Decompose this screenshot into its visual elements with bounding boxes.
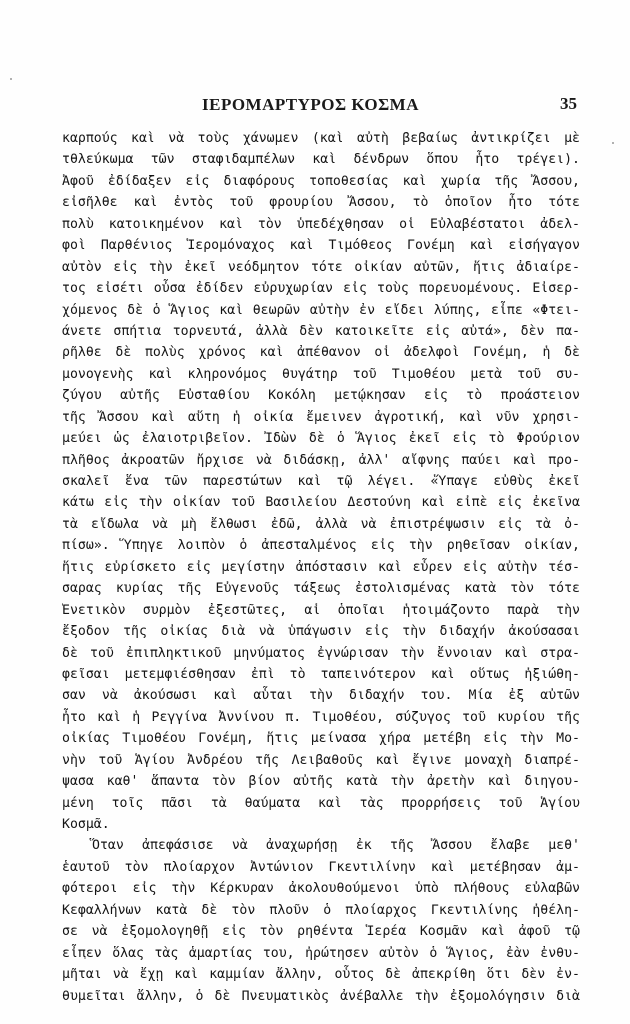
text-line: πολὺ κατοικημένον καὶ τὸν ὑπεδέχθησαν οἱ… bbox=[62, 214, 580, 235]
text-line: ἦτο καὶ ἡ Ρεγγίνα Ἀννίνου π. Τιμοθέου, σ… bbox=[62, 707, 580, 728]
text-line: τθλεύκωμα τῶν σταφιδαμπέλων καὶ δένδρων … bbox=[62, 149, 580, 170]
text-line: άνετε σπήτια τορνευτά, ἀλλὰ δὲν κατοικεῖ… bbox=[62, 321, 580, 342]
text-line: μεύει ὡς ἐλαιοτριβεῖον. Ἰδὼν δὲ ὁ Ἅγιος … bbox=[62, 428, 580, 449]
text-line: θυμεῖται ἄλλην, ὁ δὲ Πνευματικὸς ἀνέβαλλ… bbox=[62, 986, 580, 1007]
text-line: οἰκίας Τιμοθέου Γονέμη, ἥτις μείνασα χήρ… bbox=[62, 728, 580, 749]
text-line: τος εἰσέτι οὖσα ἐδίδεν εὐρυχωρίαν εἰς το… bbox=[62, 278, 580, 299]
text-line: σαρας κυρίας τῆς Εὐγενοῦς τάξεως ἐστολισ… bbox=[62, 578, 580, 599]
text-line: ἔξοδον τῆς οἰκίας διὰ νὰ ὑπάγωσιν εἰς τὴ… bbox=[62, 621, 580, 642]
text-line: ἥτις εὑρίσκετο εἰς μεγίστην ἀπόστασιν κα… bbox=[62, 557, 580, 578]
text-line: σε νὰ ἐξομολογηθῇ εἰς τὸν ρηθέντα Ἱερέα … bbox=[62, 921, 580, 942]
text-line: φοὶ Παρθένιος Ἱερομόναχος καὶ Τιμόθεος Γ… bbox=[62, 235, 580, 256]
text-line: μῆται νὰ ἔχῃ καὶ καμμίαν ἄλλην, οὗτος δὲ… bbox=[62, 964, 580, 985]
text-line: ζύγου αὐτῆς Εὐσταθίου Κοκόλη μετῴκησαν ε… bbox=[62, 385, 580, 406]
scan-speck bbox=[84, 957, 86, 959]
text-line: Ἀφοῦ ἐδίδαξεν εἰς διαφόρους τοποθεσίας κ… bbox=[62, 171, 580, 192]
text-line: πλῆθος ἀκροατῶν ἤρχισε νὰ διδάσκῃ, ἀλλ' … bbox=[62, 450, 580, 471]
text-line: ἑαυτοῦ τὸν πλοίαρχον Ἀντώνιον Γκεντιλίνη… bbox=[62, 857, 580, 878]
text-line: δὲ τοῦ ἐπιπληκτικοῦ μηνύματος ἐγνώρισαν … bbox=[62, 643, 580, 664]
page-number: 35 bbox=[560, 94, 577, 114]
running-title: ΙΕΡΟΜΑΡΤΥΡΟΣ ΚΟΣΜΑ bbox=[202, 95, 419, 115]
text-line: αὐτὸν εἰς τὴν ἐκεῖ νεόδμητον τότε οἰκίαν… bbox=[62, 257, 580, 278]
text-line: μονογενὴς καὶ κληρονόμος θυγάτηρ τοῦ Τιμ… bbox=[62, 364, 580, 385]
text-line: καρπούς καὶ νὰ τοὺς χάνωμεν (καὶ αὐτὴ βε… bbox=[62, 128, 580, 149]
paragraph-1: καρπούς καὶ νὰ τοὺς χάνωμεν (καὶ αὐτὴ βε… bbox=[62, 128, 580, 835]
text-line: εἶπεν ὅλας τὰς ἁμαρτίας του, ἠρώτησεν αὐ… bbox=[62, 943, 580, 964]
text-line: ρῆλθε δὲ πολὺς χρόνος καὶ ἀπέθανον οἱ ἀδ… bbox=[62, 342, 580, 363]
scan-speck bbox=[612, 142, 614, 144]
running-head: ΙΕΡΟΜΑΡΤΥΡΟΣ ΚΟΣΜΑ 35 bbox=[62, 95, 580, 119]
text-line: χόμενος δὲ ὁ Ἅγιος καὶ θεωρῶν αὐτὴν ἐν ε… bbox=[62, 300, 580, 321]
text-line: Κεφαλλήνων κατὰ δὲ τὸν πλοῦν ὁ πλοίαρχος… bbox=[62, 900, 580, 921]
text-line: φότεροι εἰς τὴν Κέρκυραν ἀκολουθούμενοι … bbox=[62, 878, 580, 899]
book-page: ΙΕΡΟΜΑΡΤΥΡΟΣ ΚΟΣΜΑ 35 καρπούς καὶ νὰ τοὺ… bbox=[0, 0, 630, 1024]
text-line: Κοσμᾶ. bbox=[62, 814, 580, 835]
text-line: κάτω εἰς τὴν οἰκίαν τοῦ Βασιλείου Δεστού… bbox=[62, 492, 580, 513]
scan-speck bbox=[10, 78, 12, 80]
text-line: Ὅταν ἀπεφάσισε νὰ ἀναχωρήσῃ ἐκ τῆς Ἄσσου… bbox=[62, 835, 580, 856]
text-line: μένη τοῖς πᾶσι τὰ θαύματα καὶ τὰς προρρή… bbox=[62, 793, 580, 814]
text-line: τῆς Ἄσσου καὶ αὕτη ἡ οἰκία ἔμεινεν ἀγροτ… bbox=[62, 407, 580, 428]
text-line: Ἐνετικὸν συρμὸν ἐξεστῶτες, αἱ ὁποῖαι ἡτο… bbox=[62, 600, 580, 621]
text-line: σκαλεῖ ἕνα τῶν παρεστώτων καὶ τῷ λέγει. … bbox=[62, 471, 580, 492]
text-line: εἰσῆλθε καὶ ἐντὸς τοῦ φρουρίου Ἄσσου, τὸ… bbox=[62, 192, 580, 213]
text-line: φεῖσαι μετεμφιέσθησαν ἐπὶ τὸ ταπεινότερο… bbox=[62, 664, 580, 685]
body-text: καρπούς καὶ νὰ τοὺς χάνωμεν (καὶ αὐτὴ βε… bbox=[62, 128, 580, 1007]
text-line: πίσω». Ὕπηγε λοιπὸν ὁ ἀπεσταλμένος εἰς τ… bbox=[62, 535, 580, 556]
text-line: νὴν τοῦ Ἁγίου Ἀνδρέου τῆς Λειβαθοῦς καὶ … bbox=[62, 750, 580, 771]
paragraph-2: Ὅταν ἀπεφάσισε νὰ ἀναχωρήσῃ ἐκ τῆς Ἄσσου… bbox=[62, 835, 580, 1007]
text-line: σαν νὰ ἀκούσωσι καὶ αὗται τὴν διδαχήν το… bbox=[62, 685, 580, 706]
text-line: ψασα καθ' ἅπαντα τὸν βίον αὐτῆς κατὰ τὴν… bbox=[62, 771, 580, 792]
text-line: τὰ εἴδωλα νὰ μὴ ἔλθωσι ἐδῶ, ἀλλὰ νὰ ἐπισ… bbox=[62, 514, 580, 535]
